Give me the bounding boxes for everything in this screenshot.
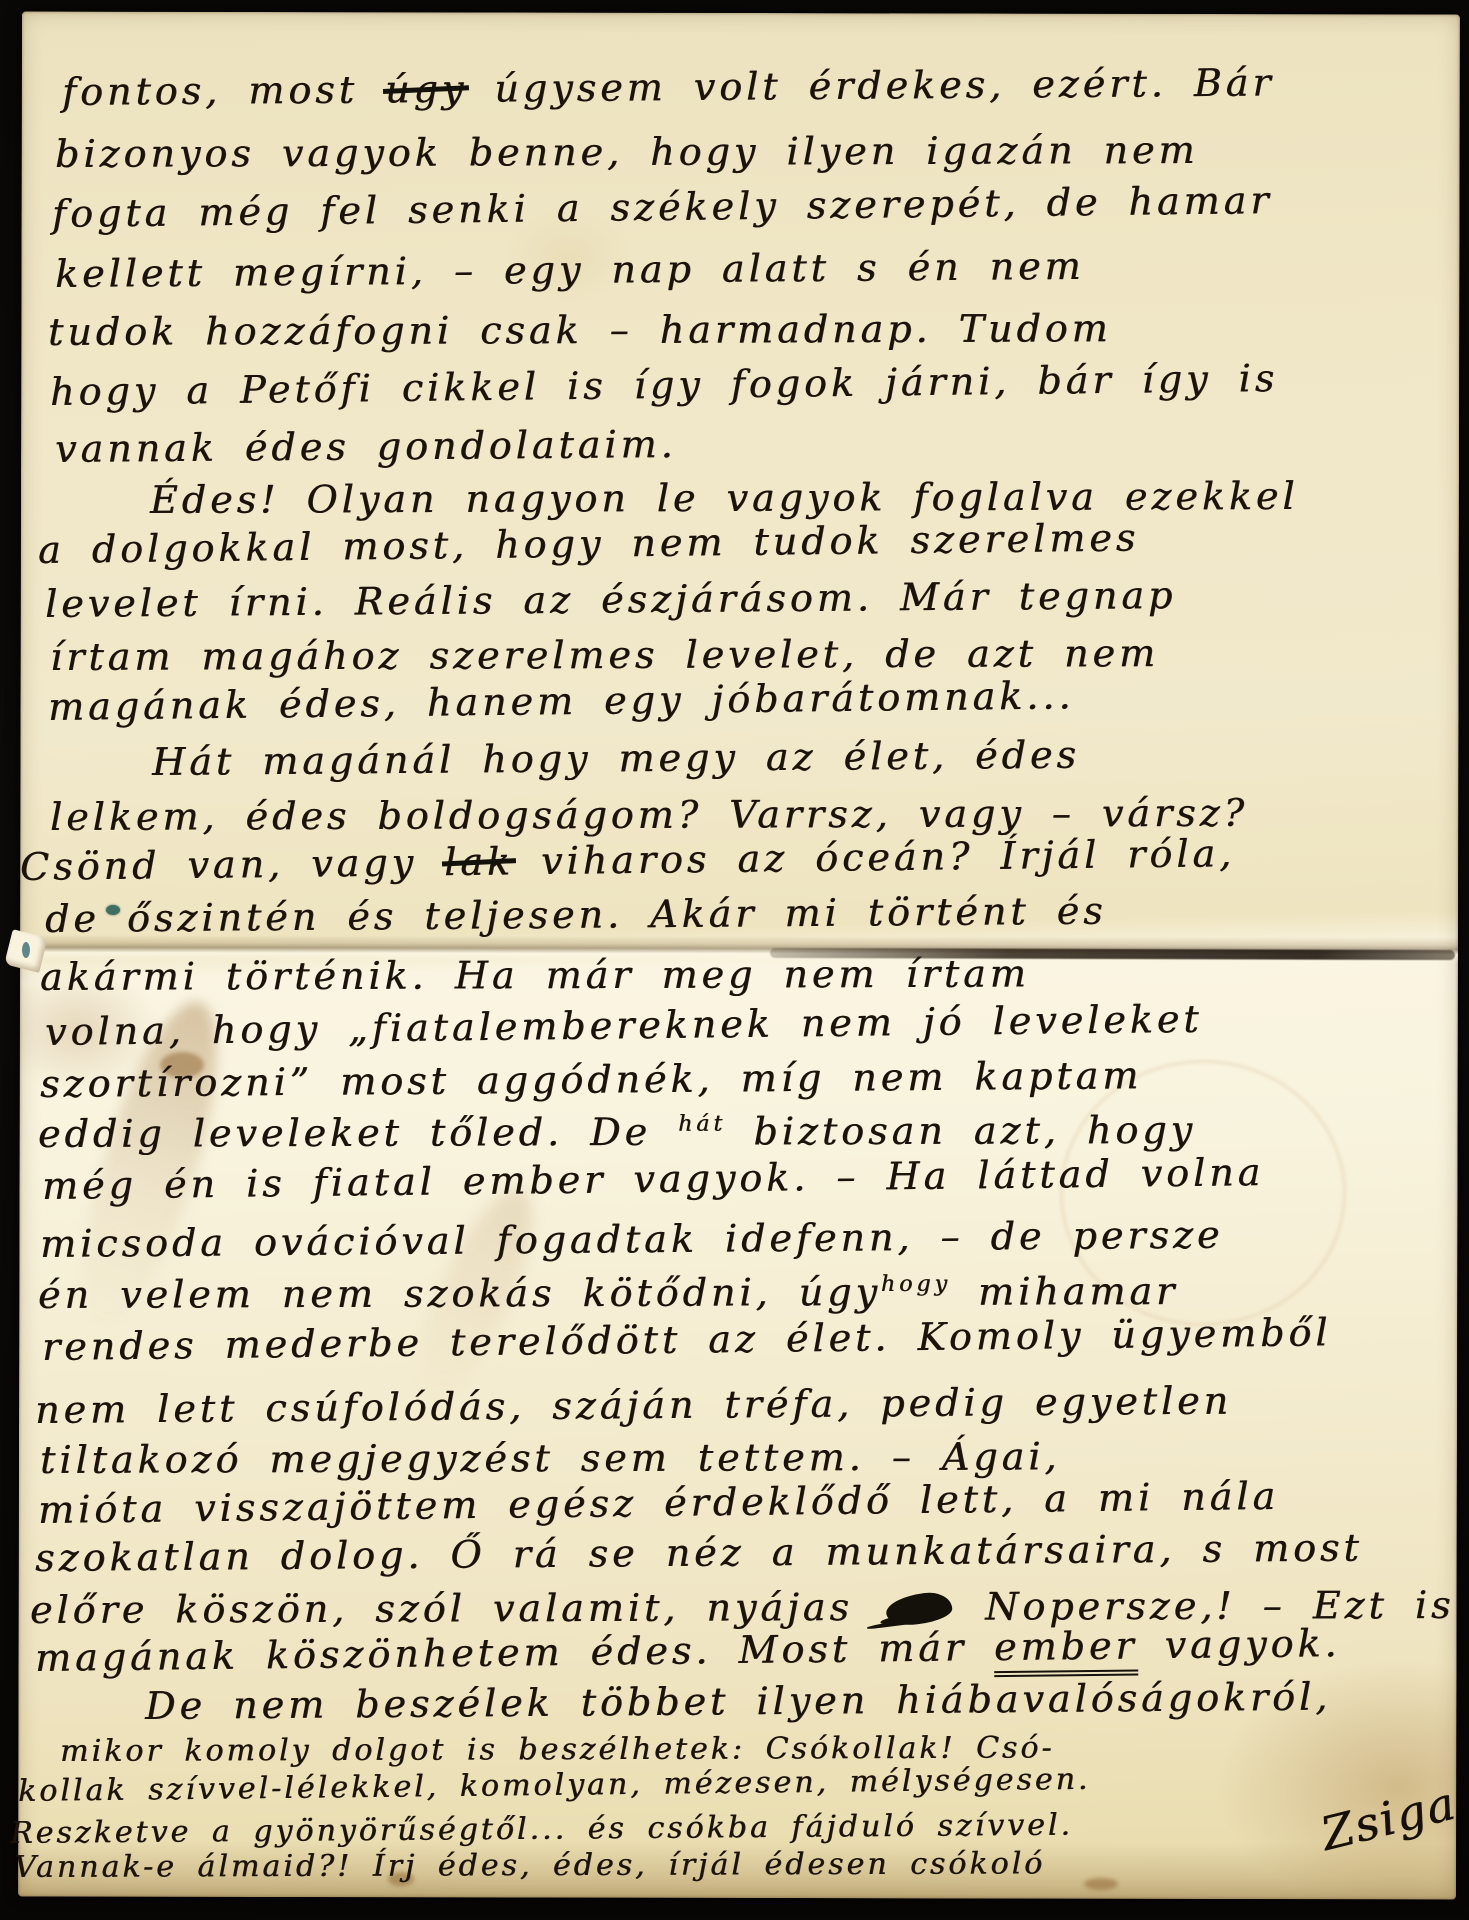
letter-text-segment: magának édes, hanem egy jóbarátomnak... (48, 673, 1075, 729)
struck-out-word: úgy (385, 67, 468, 112)
ink-blot (884, 1590, 953, 1628)
letter-text-segment: úgysem volt érdekes, ezért. Bár (467, 60, 1275, 110)
letter-line: de őszintén és teljesen. Akár mi történt… (45, 892, 1107, 938)
letter-line: magának édes, hanem egy jóbarátomnak... (48, 676, 1075, 726)
letter-text-segment: a dolgokkal most, hogy nem tudok szerelm… (38, 516, 1140, 572)
letter-line: én velem nem szokás kötődni, úgyhogy mih… (38, 1272, 1178, 1314)
letter-line: tudok hozzáfogni csak – harmadnap. Tudom (48, 309, 1112, 351)
letter-text-segment: írtam magához szerelmes levelet, de azt … (50, 631, 1159, 679)
letter-line: kellett megírni, – egy nap alatt s én ne… (55, 247, 1085, 293)
letter-line: fogta még fel senki a székely szerepét, … (52, 181, 1273, 233)
letter-line: tiltakozó megjegyzést sem tettem. – Ágai… (40, 1437, 1061, 1479)
letter-text-segment: bizonyos vagyok benne, hogy ilyen igazán… (55, 128, 1199, 176)
inserted-word: hát (678, 1112, 726, 1137)
letter-line: mikor komoly dolgot is beszélhetek: Csók… (60, 1734, 1055, 1767)
letter-text-segment: vagyok. (1137, 1621, 1340, 1667)
struck-out-word: lak (444, 839, 514, 884)
letter-text-segment: De nem beszélek többet ilyen hiábavalósá… (145, 1675, 1332, 1728)
letter-text-segment: kellett megírni, – egy nap alatt s én ne… (55, 244, 1085, 296)
letter-text-segment: vannak édes gondolataim. (55, 422, 677, 471)
inserted-word: hogy (881, 1272, 951, 1297)
letter-text-segment: tiltakozó megjegyzést sem tettem. – Ágai… (40, 1434, 1061, 1482)
letter-text-segment: hogy a Petőfi cikkel is így fogok járni,… (50, 356, 1279, 414)
letter-line: szokatlan dolog. Ő rá se néz a munkatárs… (35, 1529, 1363, 1577)
letter-line: hogy a Petőfi cikkel is így fogok járni,… (50, 359, 1279, 411)
letter-text-segment: mióta visszajöttem egész érdeklődő lett,… (38, 1474, 1280, 1532)
letter-text-segment: szortírozni” most aggódnék, míg nem kapt… (40, 1053, 1143, 1106)
letter-line: szortírozni” most aggódnék, míg nem kapt… (40, 1056, 1142, 1103)
letter-line: a dolgokkal most, hogy nem tudok szerelm… (38, 519, 1140, 569)
letter-text-segment: előre köszön, szól valamit, nyájas (30, 1585, 880, 1632)
letter-text-segment: mihamar (951, 1269, 1178, 1314)
letter-line: még én is fiatal ember vagyok. – Ha látt… (42, 1153, 1265, 1205)
letter-text-segment: fogta még fel senki a székely szerepét, … (52, 178, 1273, 236)
letter-text-segment: micsoda ovációval fogadtak idefenn, – de… (40, 1213, 1224, 1266)
letter-text-segment: rendes mederbe terelődött az élet. Komol… (42, 1310, 1332, 1369)
letter-text-segment: kollak szívvel-lélekkel, komolyan, mézes… (18, 1762, 1091, 1809)
letter-text-segment: én velem nem szokás kötődni, úgy (38, 1270, 881, 1317)
letter-line: írtam magához szerelmes levelet, de azt … (50, 634, 1159, 676)
letter-line: eddig leveleket tőled. De hát biztosan a… (38, 1111, 1196, 1153)
letter-text-segment: Reszketve a gyönyörűségtől... és csókba … (10, 1808, 1073, 1851)
letter-line: kollak szívvel-lélekkel, komolyan, mézes… (18, 1765, 1091, 1807)
letter-line: Hát magánál hogy megy az élet, édes (152, 736, 1080, 781)
letter-line: levelet írni. Reális az észjárásom. Már … (45, 576, 1177, 623)
letter-text-segment: volna, hogy „fiatalembereknek nem jó lev… (45, 997, 1203, 1054)
letter-text-segment: biztosan azt, hogy (726, 1108, 1196, 1154)
letter-text-segment: Hát magánál hogy megy az élet, édes (152, 733, 1080, 784)
letter-line: rendes mederbe terelődött az élet. Komol… (42, 1313, 1332, 1366)
letter-text-segment: tudok hozzáfogni csak – harmadnap. Tudom (48, 306, 1112, 354)
letter-line: bizonyos vagyok benne, hogy ilyen igazán… (55, 131, 1199, 173)
letter-line: Csönd van, vagy lak viharos az óceán? Ír… (20, 834, 1236, 886)
letter-text-segment: szokatlan dolog. Ő rá se néz a munkatárs… (35, 1526, 1363, 1580)
letter-line: mióta visszajöttem egész érdeklődő lett,… (38, 1477, 1280, 1529)
letter-line: vannak édes gondolataim. (55, 425, 677, 468)
letter-text-segment: eddig leveleket tőled. De (38, 1110, 678, 1156)
letter-text-segment: Vannak-e álmaid?! Írj édes, édes, írjál … (14, 1846, 1045, 1885)
letter-line: micsoda ovációval fogadtak idefenn, – de… (40, 1216, 1224, 1263)
letter-line: akármi történik. Ha már meg nem írtam (40, 955, 1030, 996)
letter-text-segment: fontos, most (62, 67, 385, 114)
letter-text-segment: levelet írni. Reális az észjárásom. Már … (45, 573, 1177, 626)
letter-line: Vannak-e álmaid?! Írj édes, édes, írjál … (14, 1849, 1045, 1883)
letter-line: fontos, most úgy úgysem volt érdekes, ez… (62, 63, 1275, 111)
letter-line: Édes! Olyan nagyon le vagyok foglalva ez… (150, 477, 1299, 519)
letter-line: nem lett csúfolódás, száján tréfa, pedig… (35, 1382, 1232, 1429)
letter-text: fontos, most úgy úgysem volt érdekes, ez… (0, 0, 1469, 1920)
letter-text-segment: magának köszönhetem édes. Most már (35, 1625, 994, 1680)
letter-text-segment: lelkem, édes boldogságom? Varrsz, vagy –… (50, 791, 1248, 839)
letter-text-segment: de őszintén és teljesen. Akár mi történt… (45, 889, 1107, 941)
letter-line: De nem beszélek többet ilyen hiábavalósá… (145, 1678, 1331, 1725)
letter-text-segment: akármi történik. Ha már meg nem írtam (40, 952, 1030, 999)
letter-line: lelkem, édes boldogságom? Varrsz, vagy –… (50, 794, 1248, 836)
letter-line: volna, hogy „fiatalembereknek nem jó lev… (45, 1000, 1203, 1051)
letter-scan: fontos, most úgy úgysem volt érdekes, ez… (0, 0, 1469, 1920)
letter-line: magának köszönhetem édes. Most már ember… (35, 1624, 1341, 1677)
letter-line: Reszketve a gyönyörűségtől... és csókba … (10, 1811, 1073, 1849)
underlined-word: ember (994, 1623, 1138, 1677)
letter-text-segment: még én is fiatal ember vagyok. – Ha látt… (42, 1150, 1265, 1208)
letter-text-segment: Csönd van, vagy (20, 840, 445, 889)
letter-text-segment: viharos az óceán? Írjál róla, (514, 831, 1236, 883)
letter-text-segment: nem lett csúfolódás, száján tréfa, pedig… (35, 1379, 1232, 1432)
